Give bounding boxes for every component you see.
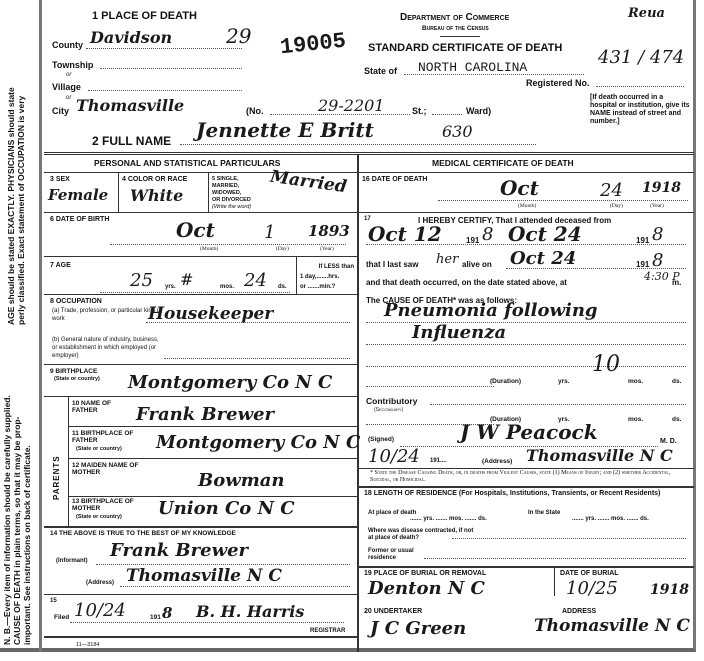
- in-state-duration: ....... yrs. ....... mos. ....... ds.: [572, 516, 649, 522]
- or-label-1: or: [66, 72, 71, 78]
- sidebar-bottom-line-1: N. B.—Every item of information should b…: [2, 395, 12, 645]
- informant-label: (Informant): [56, 558, 88, 564]
- row-rule: [44, 212, 357, 213]
- father-birthplace-value: Montgomery Co N C: [156, 432, 360, 453]
- attended-to-value: Oct 24: [508, 222, 582, 246]
- parents-divider: [68, 396, 69, 526]
- undertaker-label: 20 UNDERTAKER: [364, 608, 422, 615]
- corner-annotation: Reua: [628, 6, 665, 21]
- in-state-mos: mos.: [611, 516, 625, 522]
- at-place-yrs: yrs.: [423, 516, 434, 522]
- row-rule: [68, 458, 357, 459]
- parents-label: PARENTS: [52, 455, 61, 500]
- full-name-annotation: 630: [442, 122, 473, 141]
- signed-address-label: (Address): [482, 458, 512, 465]
- last-saw-text: that I last saw: [366, 260, 418, 269]
- dob-month-caption: (Month): [200, 246, 218, 252]
- if-less-than-day: If LESS than 1 day,.......hrs. or ......…: [300, 262, 354, 292]
- state-value: NORTH CAROLINA: [418, 60, 527, 75]
- full-name-label: 2 FULL NAME: [92, 134, 171, 148]
- form-number: 11—3184: [76, 642, 99, 648]
- undertaker-address-value: Thomasville N C: [534, 616, 690, 636]
- or-label-2: or: [66, 95, 71, 101]
- dod-day-value: 24: [600, 180, 623, 201]
- row-rule: [44, 294, 357, 295]
- in-state-yrs: yrs.: [585, 516, 596, 522]
- row-rule: [358, 212, 694, 213]
- registrar-label: REGISTRAR: [310, 628, 345, 634]
- if-less-line: 1 day,.......hrs.: [300, 272, 354, 282]
- residence-label: 18 LENGTH OF RESIDENCE (For Hospitals, I…: [364, 490, 690, 498]
- burial-date-label: DATE OF BURIAL: [560, 570, 619, 577]
- township-label: Township: [52, 60, 93, 70]
- in-state-ds: ds.: [640, 516, 649, 522]
- informant-value: Frank Brewer: [110, 540, 248, 561]
- contributory-mos-label: mos.: [628, 416, 643, 423]
- dob-year-value: 1893: [308, 222, 350, 240]
- registered-number-field: [596, 76, 684, 87]
- attended-from-year-prefix: 191: [466, 236, 479, 245]
- birthplace-sub-label: (State or country): [54, 376, 100, 382]
- marital-label-line: WIDOWED,: [212, 190, 251, 197]
- contributory-sub-label: (Secondary): [374, 407, 403, 413]
- city-value: Thomasville: [76, 96, 184, 115]
- undertaker-address-label: ADDRESS: [562, 608, 596, 615]
- dob-year-caption: (Year): [320, 246, 334, 252]
- sidebar-divider: [39, 0, 42, 652]
- personal-section-title: PERSONAL AND STATISTICAL PARTICULARS: [94, 158, 280, 168]
- county-value: Davidson: [90, 28, 172, 47]
- attended-to-year-prefix: 191: [636, 236, 649, 245]
- father-name-value: Frank Brewer: [136, 404, 274, 425]
- occupation-b-label: (b) General nature of industry, business…: [52, 336, 164, 360]
- sex-label: 3 SEX: [50, 176, 70, 183]
- date-of-death-label: 16 DATE OF DEATH: [362, 176, 427, 183]
- mother-maiden-name-value: Bowman: [198, 470, 285, 491]
- sidebar-bottom-line-3: important. See instructions on back of c…: [22, 395, 32, 645]
- date-of-birth-label: 6 DATE OF BIRTH: [50, 216, 109, 223]
- burial-place-value: Denton N C: [368, 578, 485, 599]
- signed-year: 191....: [430, 458, 447, 464]
- duration-label: (Duration): [490, 378, 521, 385]
- birthplace-label: 9 BIRTHPLACE: [50, 368, 97, 375]
- informant-address-value: Thomasville N C: [126, 566, 282, 586]
- instructions-sidebar: AGE should be stated EXACTLY. PHYSICIANS…: [0, 0, 40, 652]
- dod-year-caption: (Year): [650, 203, 664, 209]
- place-of-death-heading: 1 PLACE OF DEATH: [92, 10, 197, 22]
- medical-title-rule: [358, 172, 694, 173]
- burial-place-label: 19 PLACE OF BURIAL OR REMOVAL: [364, 570, 486, 577]
- father-name-label: 10 NAME OF FATHER: [72, 400, 132, 414]
- marital-label-line: 5 SINGLE,: [212, 176, 251, 183]
- street-number-value: 29-2201: [318, 96, 384, 115]
- death-occurred-text: and that death occurred, on the date sta…: [366, 278, 567, 287]
- dod-month-value: Oct: [500, 176, 539, 200]
- informant-address-label: (Address): [86, 580, 114, 586]
- state-label: State of: [364, 66, 397, 76]
- race-marital-divider: [208, 172, 209, 212]
- dob-month-value: Oct: [176, 218, 215, 242]
- dob-day-value: 1: [264, 222, 275, 243]
- sex-race-divider: [118, 172, 119, 212]
- dod-year-value: 1918: [642, 180, 681, 196]
- duration-yrs-label: yrs.: [558, 378, 570, 385]
- mother-birthplace-sub: (State or country): [76, 514, 122, 520]
- death-time-m-label: m.: [672, 278, 681, 287]
- burial-date-divider: [554, 566, 555, 596]
- attended-to-year: 8: [652, 224, 663, 245]
- if-less-line: or .......min.?: [300, 282, 354, 292]
- bureau-heading: Bureau of the Census: [422, 25, 489, 32]
- occupation-a-value: Housekeeper: [148, 304, 273, 324]
- at-place-ds: ds.: [478, 516, 487, 522]
- village-label: Village: [52, 82, 81, 92]
- certificate-title: STANDARD CERTIFICATE OF DEATH: [368, 42, 562, 54]
- filed-year-prefix: 191: [150, 614, 161, 621]
- cause-line-2-value: Influenza: [412, 322, 506, 343]
- contributory-label: Contributory: [366, 396, 417, 406]
- sidebar-top-text: AGE should be stated EXACTLY. PHYSICIANS…: [6, 87, 26, 325]
- former-residence-field: [424, 554, 686, 559]
- dod-month-caption: (Month): [518, 203, 536, 209]
- header-divider: [44, 152, 694, 155]
- street-number-label: (No.: [246, 106, 264, 116]
- sidebar-top-line-1: AGE should be stated EXACTLY. PHYSICIANS…: [6, 87, 16, 325]
- cause-footnote: * State the Disease Causing Death, or, i…: [370, 470, 688, 484]
- race-value: White: [130, 186, 183, 205]
- duration-ds-label: ds.: [672, 378, 681, 385]
- signed-address-value: Thomasville N C: [526, 446, 673, 465]
- marital-label-line: (Write the word): [212, 204, 251, 211]
- md-label: M. D.: [660, 438, 677, 445]
- undertaker-value: J C Green: [370, 618, 466, 639]
- row-rule: [358, 566, 694, 568]
- filed-label: Filed: [54, 614, 69, 621]
- township-field: [100, 58, 242, 69]
- header-rule: [440, 36, 480, 37]
- sidebar-bottom-line-2: CAUSE OF DEATH in plain terms, so that i…: [12, 395, 22, 645]
- cause-line-3-field: [366, 362, 686, 367]
- county-label: County: [52, 40, 83, 50]
- at-place-duration: ....... yrs. ....... mos. ....... ds.: [410, 516, 487, 522]
- death-certificate: AGE should be stated EXACTLY. PHYSICIANS…: [0, 0, 704, 661]
- row-rule: [358, 468, 694, 469]
- mother-birthplace-value: Union Co N C: [158, 498, 295, 519]
- age-days-unit: ds.: [278, 284, 287, 290]
- birthplace-value: Montgomery Co N C: [128, 372, 332, 393]
- marital-status-label: 5 SINGLE, MARRIED, WIDOWED, OR DIVORCED …: [212, 176, 251, 211]
- row-rule: [44, 636, 357, 638]
- last-saw-year-prefix: 191: [636, 260, 649, 269]
- department-heading: Department of Commerce: [400, 12, 509, 23]
- dod-day-caption: (Day): [610, 203, 623, 209]
- last-saw-pronoun: her: [436, 252, 458, 267]
- contributory-field: [430, 400, 686, 405]
- cause-line-1-value: Pneumonia following: [384, 300, 598, 321]
- row-rule: [44, 526, 357, 528]
- sidebar-top-line-2: perly classified. Exact statement of OCC…: [16, 87, 26, 325]
- contributory-ds-label: ds.: [672, 416, 681, 423]
- disease-contracted-field: [452, 534, 686, 539]
- age-years-unit: yrs.: [165, 284, 176, 290]
- filed-number: 15: [50, 598, 57, 604]
- attended-from-year: 8: [482, 224, 493, 245]
- row-rule: [44, 364, 357, 365]
- burial-date-value: 10/25: [566, 578, 618, 599]
- row-rule: [358, 486, 694, 488]
- father-birthplace-sub: (State or country): [76, 446, 122, 452]
- row-rule: [68, 426, 357, 427]
- filed-year-suffix: 8: [162, 604, 172, 622]
- ward-field: [432, 104, 462, 115]
- in-state-label: In the State: [528, 510, 568, 517]
- sidebar-bottom-text: N. B.—Every item of information should b…: [2, 395, 32, 645]
- marital-label-line: MARRIED,: [212, 183, 251, 190]
- age-months-unit: mos.: [220, 284, 234, 290]
- dob-day-caption: (Day): [276, 246, 289, 252]
- mother-birthplace-label: 13 BIRTHPLACE OF MOTHER: [72, 498, 152, 512]
- occupation-label: 8 OCCUPATION: [50, 298, 102, 305]
- signed-date-value: 10/24: [368, 446, 420, 467]
- occupation-b-field: [164, 354, 350, 359]
- row-rule: [68, 496, 357, 497]
- county-code: 29: [226, 24, 251, 48]
- hospital-note: [If death occurred in a hospital or inst…: [590, 94, 690, 126]
- alive-on-text: alive on: [462, 260, 492, 269]
- city-label: City: [52, 106, 69, 116]
- registered-number-label: Registered No.: [526, 78, 590, 88]
- father-birthplace-label: 11 BIRTHPLACE OF FATHER: [72, 430, 152, 444]
- medical-section-title: MEDICAL CERTIFICATE OF DEATH: [432, 158, 574, 168]
- age-label: 7 AGE: [50, 262, 71, 269]
- age-days-value: 24: [244, 270, 267, 291]
- attended-from-value: Oct 12: [368, 222, 442, 246]
- duration-value: 10: [592, 352, 620, 377]
- physician-signature: J W Peacock: [460, 420, 598, 444]
- burial-year-value: 1918: [650, 582, 689, 598]
- row-rule: [44, 594, 357, 595]
- marital-label-line: OR DIVORCED: [212, 197, 251, 204]
- date-of-death-field: [438, 196, 688, 201]
- filed-date-value: 10/24: [74, 600, 126, 621]
- full-name-value: Jennette E Britt: [196, 118, 374, 142]
- mother-maiden-name-label: 12 MAIDEN NAME OF MOTHER: [72, 462, 152, 476]
- age-months-value: #: [180, 270, 193, 289]
- if-less-line: If LESS than: [300, 262, 354, 272]
- informant-heading: 14 THE ABOVE IS TRUE TO THE BEST OF MY K…: [50, 530, 236, 537]
- signed-label: (Signed): [368, 436, 394, 443]
- registered-number-value: 431 / 474: [598, 50, 684, 66]
- age-less-divider: [296, 256, 297, 294]
- registrar-value: B. H. Harris: [196, 602, 304, 621]
- column-divider: [357, 154, 359, 652]
- race-label: 4 COLOR OR RACE: [122, 176, 187, 183]
- last-saw-year: 8: [652, 250, 663, 271]
- row-rule: [44, 396, 357, 397]
- duration-mos-label: mos.: [628, 378, 643, 385]
- street-label: St.;: [412, 106, 427, 116]
- last-saw-date-value: Oct 24: [510, 248, 576, 269]
- row-rule: [44, 256, 357, 257]
- duration-leading-field: [366, 382, 494, 387]
- village-field: [88, 80, 242, 91]
- sex-value: Female: [48, 186, 108, 204]
- ward-label: Ward): [466, 106, 491, 116]
- at-place-mos: mos.: [449, 516, 463, 522]
- age-years-value: 25: [130, 270, 153, 291]
